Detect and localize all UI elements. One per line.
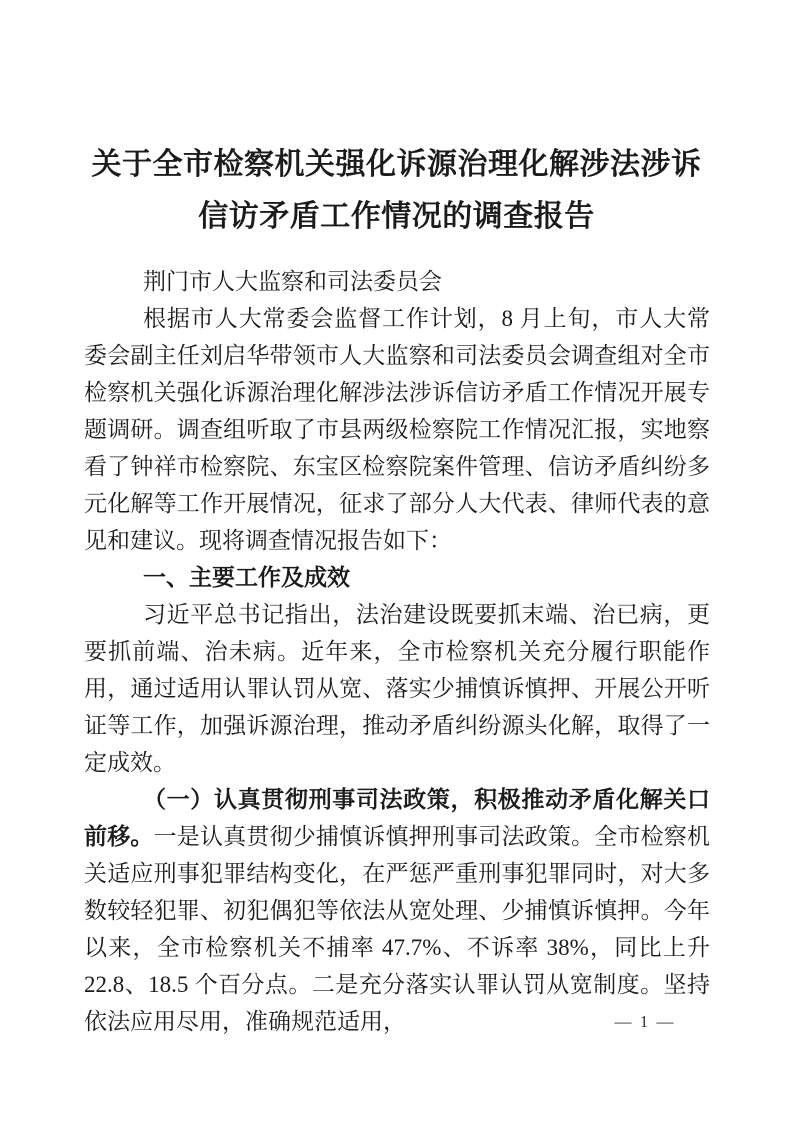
- section1-paragraph-1: 习近平总书记指出，法治建设既要抓末端、治已病，更要抓前端、治未病。近年来，全市检…: [84, 596, 710, 781]
- document-page: 关于全市检察机关强化诉源治理化解涉法涉诉 信访矛盾工作情况的调查报告 荆门市人大…: [0, 0, 793, 1122]
- document-title: 关于全市检察机关强化诉源治理化解涉法涉诉 信访矛盾工作情况的调查报告: [0, 139, 793, 243]
- section1-item-1: （一）认真贯彻刑事司法政策，积极推动矛盾化解关口前移。一是认真贯彻少捕慎诉慎押刑…: [84, 781, 710, 1040]
- byline: 荆门市人大监察和司法委员会: [84, 263, 710, 300]
- title-line-1: 关于全市检察机关强化诉源治理化解涉法涉诉: [0, 139, 793, 191]
- item1-body-text: 一是认真贯彻少捕慎诉慎押刑事司法政策。全市检察机关适应刑事犯罪结构变化，在严惩严…: [84, 824, 710, 1034]
- intro-paragraph: 根据市人大常委会监督工作计划，8 月上旬，市人大常委会副主任刘启华带领市人大监察…: [84, 300, 710, 559]
- document-body: 荆门市人大监察和司法委员会 根据市人大常委会监督工作计划，8 月上旬，市人大常委…: [84, 263, 710, 1040]
- title-line-2: 信访矛盾工作情况的调查报告: [0, 191, 793, 243]
- section-heading-1: 一、主要工作及成效: [84, 559, 710, 596]
- page-number: — 1 —: [600, 1012, 690, 1032]
